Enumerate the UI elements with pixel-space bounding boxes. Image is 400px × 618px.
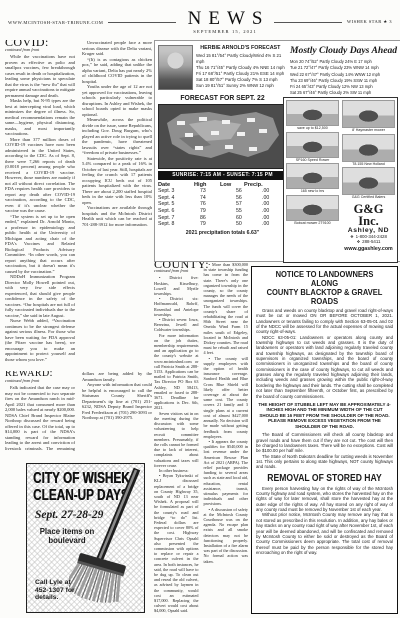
gg-dealer-city: Ashley, ND [342, 227, 395, 234]
reward-body-text: Falk indicated that the case may or may … [5, 371, 152, 459]
page-title: NEWS [181, 10, 270, 28]
weather-date: Sept. 4 [158, 195, 200, 202]
weather-table-header-cell: Low [220, 182, 244, 189]
notice-body-text: Grass and weeds on county blacktop and g… [256, 308, 393, 399]
newspaper-page: WWW.MCINTOSH-STAR-TRIBUNE.COM NEWS SEPTE… [0, 0, 400, 618]
weather-date: Sept. 3 [158, 188, 200, 195]
masthead-edition: WISHEK STAR ★ 3 [347, 19, 392, 25]
covid-article: COVID: continued from front While the va… [5, 40, 152, 368]
weather-date: Sept. 7 [158, 215, 200, 222]
forecast-headline: Mostly Cloudy Days Ahead [290, 45, 398, 56]
cleanup-ad-contact: Call Lyle at 452-1307 for details. [35, 579, 83, 602]
new-holland-logo-icon: ❖ [350, 234, 354, 240]
weather-high: 74 [200, 195, 236, 202]
weather-table-row: Sept. 6 79 55 .00 [158, 208, 287, 215]
gg-dealer-name: G&G Inc. [342, 203, 395, 227]
covid-body-text: While the vaccinations have not proven a… [5, 40, 152, 368]
weather-date: Sept. 8 [158, 221, 200, 228]
weather-low: 55 [236, 208, 262, 215]
weather-table-row: Sept. 8 79 50 .00 [158, 221, 287, 228]
gg-ad-right-photos: 8' Haymaster mower T8.155 New Holland G&… [342, 100, 395, 201]
weather-low: 50 [236, 221, 262, 228]
cleanup-days-ad: CITY OF WISHEK CLEAN-UP DAYS Sept. 27-28… [26, 463, 145, 613]
equipment-photo [286, 195, 339, 221]
gg-phone-2: 288-5411 [362, 239, 380, 245]
weather-low: 57 [236, 201, 262, 208]
gg-ad-listing: save up to $12,500 [286, 100, 339, 131]
forecast-left-column: HERBIE ARNOLD'S FORECAST Wed 15 81°/54° … [158, 44, 287, 236]
gg-dealer-info: G&G Inc. Ashley, ND ❖1-800-344-2428 ❖288… [342, 203, 395, 252]
equipment-photo-caption: Bobcat mower 2T9100 [286, 221, 339, 226]
new-holland-logo-icon: ❖ [357, 239, 361, 245]
masthead-rule-left [108, 22, 175, 23]
forecast-subtitle: FORECAST FOR SEPT. 22 [164, 93, 280, 102]
gg-ad-listing: SP160 Speed Rower [286, 132, 339, 163]
equipment-photo-caption: T8.155 New Holland [342, 162, 395, 167]
masthead-website: WWW.MCINTOSH-STAR-TRIBUNE.COM [8, 20, 103, 25]
masthead-center: NEWS SEPTEMBER 15, 2021 [181, 10, 270, 34]
equipment-photo-caption: G&G Certified Balers [342, 195, 395, 200]
weather-high: 86 [200, 215, 236, 222]
gg-website: www.ggashley.com [342, 246, 395, 252]
weather-date: Sept. 5 [158, 201, 200, 208]
equipment-photo [342, 100, 395, 128]
weather-date: Sept. 6 [158, 208, 200, 215]
masthead: WWW.MCINTOSH-STAR-TRIBUNE.COM NEWS SEPTE… [8, 10, 392, 34]
gg-ad-listing: 8' Haymaster mower [342, 100, 395, 133]
gg-ad-right-column: 8' Haymaster mower T8.155 New Holland G&… [342, 100, 395, 260]
equipment-photo-caption: 8' Haymaster mower [342, 128, 395, 133]
equipment-photo-caption: SP160 Speed Rower [286, 158, 339, 163]
reward-title: REWARD: [5, 371, 75, 377]
equipment-photo [286, 132, 339, 158]
hay-removal-body-text: Every person harvesting hay on the right… [256, 486, 393, 555]
equipment-photo [286, 163, 339, 189]
notice-bold-paragraph: THE HEIGHT OF STUBBLE LEFT MAY BE APPROX… [258, 402, 391, 430]
gg-ad-listing: G&G Certified Balers [342, 167, 395, 200]
county-title: COUNTY: [154, 262, 199, 267]
weather-table-row: Sept. 7 86 60 .00 [158, 215, 287, 222]
weather-high: 79 [200, 221, 236, 228]
weather-table: DateHighLowPrecip. Sept. 3 73 56 .00 Sep… [158, 182, 287, 228]
weather-high: 79 [200, 208, 236, 215]
notice-title-line1: NOTICE TO LANDOWNERS ALONG [261, 270, 387, 288]
gg-ad-listing: T8.155 New Holland [342, 134, 395, 167]
weather-low: 56 [236, 195, 262, 202]
equipment-photo [342, 167, 395, 195]
weather-low: 56 [236, 188, 262, 195]
gg-equipment-ad: save up to $12,500 SP160 Speed Rower 165… [283, 97, 398, 263]
equipment-photo-caption: save up to $12,500 [286, 126, 339, 131]
forecast-title: HERBIE ARNOLD'S FORECAST [162, 45, 283, 51]
gg-ad-listing: Bobcat mower 2T9100 [286, 195, 339, 226]
county-article: COUNTY: continued from front • District … [154, 262, 248, 614]
notice-title-line2: COUNTY BLACKTOP & GRAVEL ROADS [261, 288, 387, 306]
weather-table-row: Sept. 5 76 57 .00 [158, 201, 287, 208]
equipment-photo [342, 134, 395, 162]
weather-low: 60 [236, 215, 262, 222]
notice-body-text-2: The Board of Commissioners will check al… [256, 432, 393, 469]
weather-table-body: Sept. 3 73 56 .00 Sept. 4 74 56 .00 [158, 188, 287, 228]
forecast-right-column: Mostly Cloudy Days Ahead Mon 20 74°/52° … [290, 44, 398, 103]
weather-table-header-cell: High [194, 182, 220, 189]
weather-table-header-cell: Precip. [244, 182, 263, 189]
precip-total: 2021 precipitation totals 6.63" [158, 230, 287, 236]
reward-article: REWARD: continued from front Falk indica… [5, 371, 152, 459]
weather-table-header: DateHighLowPrecip. [158, 182, 287, 189]
weather-table-header-cell: Date [158, 182, 194, 189]
masthead-date: SEPTEMBER 15, 2021 [193, 29, 257, 34]
hay-removal-title: REMOVAL OF STORED HAY [266, 473, 384, 484]
herbie-arnold-photo [158, 45, 193, 90]
county-body-text: • District five: Hoskins, Kisselbury, Lo… [154, 262, 248, 614]
weather-table-row: Sept. 3 73 56 .00 [158, 188, 287, 195]
equipment-photo-caption: 165 new lo hrs [286, 189, 339, 194]
gg-ad-left-column: save up to $12,500 SP160 Speed Rower 165… [286, 100, 339, 260]
sunrise-sunset-bar: SUNRISE: 7:15 AM - SUNSET: 7:15 PM [158, 171, 287, 180]
gg-ad-listing: 165 new lo hrs [286, 163, 339, 194]
equipment-photo [286, 100, 339, 126]
covid-title: COVID: [5, 40, 75, 46]
weather-high: 76 [200, 201, 236, 208]
weather-table-row: Sept. 4 74 56 .00 [158, 195, 287, 202]
masthead-rule-right [274, 22, 341, 23]
weather-high: 73 [200, 188, 236, 195]
weather-map [158, 104, 287, 169]
landowner-notice-box: NOTICE TO LANDOWNERS ALONG COUNTY BLACKT… [251, 266, 398, 614]
